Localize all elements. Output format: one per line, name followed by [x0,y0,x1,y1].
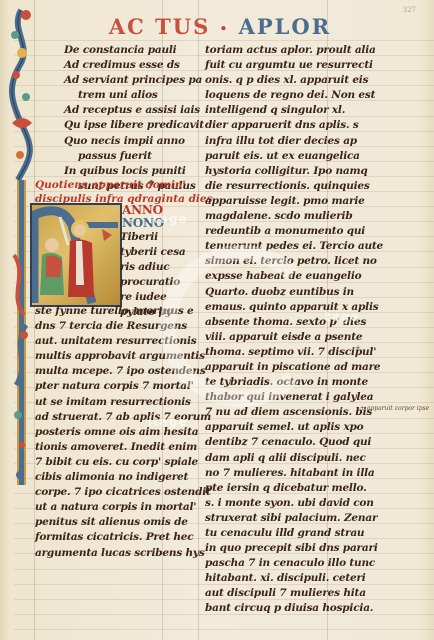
text-line: infra illu tot dier decies ap [205,134,383,149]
text-line: redeuntib a monumento qui [205,224,383,239]
title-part-3: APLOR [239,14,332,39]
margin-mark: + [355,344,361,352]
text-line: Ad serviant principes pa [64,73,204,88]
text-line: intelligend q singulor xl. [205,103,383,118]
text-line: struxerat sibi palacium. Zenar [205,511,383,526]
text-line: 7 nu ad diem ascensionis. bis [205,405,383,420]
text-line: formitas cicatricis. Pret hec [35,530,211,545]
watermark-text: tage [325,310,360,324]
text-line: ut a natura corpis in mortal' [35,500,211,515]
text-line: dentibz 7 cenaculo. Quod qui [205,435,383,450]
text-line: 7 bibit cu eis. cu corp' spiale [35,455,211,470]
rubric-heading: Quotiens apparuit domin' discipulis infr… [35,178,213,206]
text-line: ris adiuc [120,260,186,275]
text-line: trem uni alios [64,88,204,103]
miniature-figures-icon [32,205,120,305]
text-line: aut discipuli 7 mulieres hita [205,586,383,601]
title-part-2: TUS [155,14,210,39]
text-line: Quo necis impii anno [64,134,204,149]
ruling-line [14,40,434,41]
title-separator: • [220,22,230,36]
text-line: bant circuq p diuisa hospicia. [205,601,383,616]
text-line: hitabant. xi. discipuli. ceteri [205,571,383,586]
text-line: ut se imitam resurrectionis [35,395,211,410]
text-line: Ad receptus e assisi iais [64,103,204,118]
running-title: AC TUS • APLOR [95,14,345,39]
text-line: tyberii cesa [120,245,186,260]
manuscript-page: 327 AC TUS • APLOR De constancia pauliAd… [0,0,434,640]
text-line: magdalene. scdo mulierib [205,209,383,224]
text-line: penitus sit alienus omis de [35,515,211,530]
text-line: s. i monte syon. ubi david con [205,496,383,511]
text-line: hystoria colligitur. Ipo namq [205,164,383,179]
text-line: tu cenaculu illd grand strau [205,526,383,541]
text-line: pascha 7 in cenaculo illo tunc [205,556,383,571]
text-line: cibis alimonia no indigeret [35,470,211,485]
chapter-list: De constancia pauliAd credimus esse dsAd… [64,43,204,194]
text-line: Qu ipse libere predicavit [64,118,204,133]
watermark-text: itage [148,212,188,226]
text-line: pte iersin q dicebatur mello. [205,481,383,496]
rubric-line: Quotiens apparuit domin' [35,178,213,192]
ruling-line [14,629,434,630]
text-line: onis. q p dies xl. apparuit eis [205,73,383,88]
text-line: In quibus locis puniti [64,164,204,179]
text-line: die resurrectionis. quinquies [205,179,383,194]
watermark-text: itage [148,415,188,429]
text-line: argumenta lucas scribens hys [35,546,211,561]
text-line: dier apparuerit dns aplis. s [205,118,383,133]
text-line: apparuit semel. ut aplis xpo [205,420,383,435]
text-line: De constancia pauli [64,43,204,58]
watermark-logo-icon [160,245,322,407]
folio-number: 327 [403,6,416,14]
text-line: no 7 mulieres. hitabant in illa [205,466,383,481]
text-line: fuit cu argumtu ue resurrecti [205,58,383,73]
text-line: corpe. 7 ipo cicatrices ostendit [35,485,211,500]
text-line: Tiberii [120,230,186,245]
text-line: in quo precepit sibi dns parari [205,541,383,556]
text-line: apparuisse legit. pmo marie [205,194,383,209]
margin-note: + apparuit corpor ipse [360,405,429,412]
text-line: toriam actus aplor. proult alia [205,43,383,58]
historiated-initial [30,203,122,307]
text-line: paruit eis. ut ex euangelica [205,149,383,164]
text-line: dam apli q alii discipuli. nec [205,451,383,466]
text-line: loquens de regno dei. Non est [205,88,383,103]
text-line: passus fuerit [64,149,204,164]
title-part-1: AC [109,14,146,39]
text-line: tionis amoveret. Inedit enim [35,440,211,455]
text-line: Ad credimus esse ds [64,58,204,73]
